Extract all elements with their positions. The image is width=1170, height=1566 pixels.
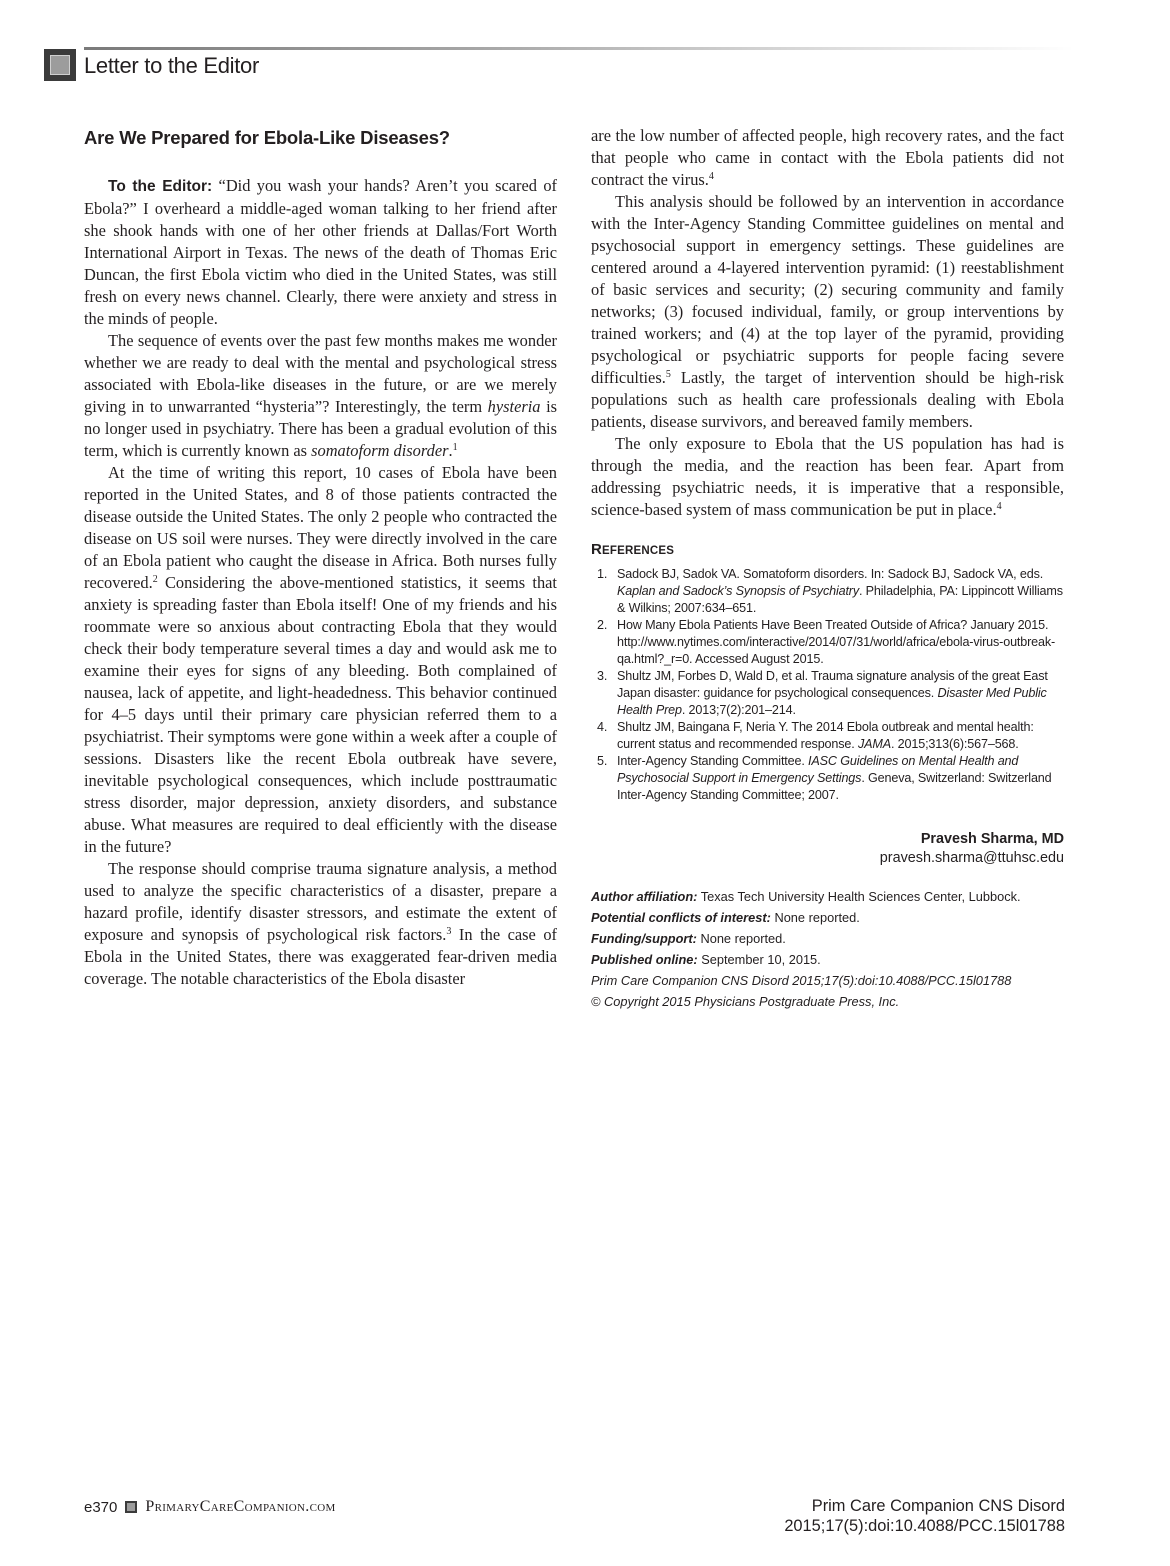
reference-item: 2.How Many Ebola Patients Have Been Trea… (591, 617, 1064, 668)
left-column: Are We Prepared for Ebola-Like Diseases?… (84, 125, 557, 990)
funding: Funding/support: None reported. (591, 928, 1064, 949)
journal-doi: 2015;17(5):doi:10.4088/PCC.15l01788 (784, 1516, 1065, 1536)
header-rule (84, 47, 1074, 50)
paragraph-3: At the time of writing this report, 10 c… (84, 462, 557, 858)
paragraph-4-continued: are the low number of affected people, h… (591, 125, 1064, 191)
lead-in: To the Editor: (108, 178, 212, 195)
paragraph-5: This analysis should be followed by an i… (591, 191, 1064, 433)
article-metadata: Author affiliation: Texas Tech Universit… (591, 886, 1064, 1012)
references-list: 1.Sadock BJ, Sadok VA. Somatoform disord… (591, 566, 1064, 804)
citation-4[interactable]: 4 (709, 171, 714, 182)
reference-item: 1.Sadock BJ, Sadok VA. Somatoform disord… (591, 566, 1064, 617)
paragraph-4: The response should comprise trauma sign… (84, 858, 557, 990)
references-heading: REFERENCES (591, 541, 1064, 558)
right-column: are the low number of affected people, h… (591, 125, 1064, 1012)
conflicts: Potential conflicts of interest: None re… (591, 907, 1064, 928)
footer-left: e370 PrimaryCareCompanion.com (84, 1498, 336, 1516)
article-body-right: are the low number of affected people, h… (591, 125, 1064, 521)
author-signature: Pravesh Sharma, MD pravesh.sharma@ttuhsc… (591, 830, 1064, 868)
article-body-left: To the Editor: “Did you wash your hands?… (84, 175, 557, 990)
journal-name: Prim Care Companion CNS Disord (784, 1496, 1065, 1516)
reference-item: 4.Shultz JM, Baingana F, Neria Y. The 20… (591, 719, 1064, 753)
affiliation: Author affiliation: Texas Tech Universit… (591, 886, 1064, 907)
paragraph-2: The sequence of events over the past few… (84, 330, 557, 462)
section-label: Letter to the Editor (84, 53, 259, 79)
site-link[interactable]: PrimaryCareCompanion.com (145, 1498, 335, 1516)
citation-4b[interactable]: 4 (997, 501, 1002, 512)
reference-link[interactable]: How Many Ebola Patients Have Been Treate… (617, 618, 1055, 666)
copyright: © Copyright 2015 Physicians Postgraduate… (591, 991, 1064, 1012)
article-title: Are We Prepared for Ebola-Like Diseases? (84, 127, 557, 149)
paragraph-1: To the Editor: “Did you wash your hands?… (84, 175, 557, 330)
author-email[interactable]: pravesh.sharma@ttuhsc.edu (591, 849, 1064, 868)
section-marker-icon (44, 49, 76, 81)
footer-journal: Prim Care Companion CNS Disord 2015;17(5… (784, 1496, 1065, 1536)
author-name: Pravesh Sharma, MD (591, 830, 1064, 849)
page-number: e370 (84, 1499, 117, 1516)
citation-line: Prim Care Companion CNS Disord 2015;17(5… (591, 970, 1064, 991)
citation-1[interactable]: 1 (453, 442, 458, 453)
reference-item: 3.Shultz JM, Forbes D, Wald D, et al. Tr… (591, 668, 1064, 719)
footer-square-icon (125, 1501, 137, 1513)
reference-item: 5.Inter-Agency Standing Committee. IASC … (591, 753, 1064, 804)
paragraph-6: The only exposure to Ebola that the US p… (591, 433, 1064, 521)
published-online: Published online: September 10, 2015. (591, 949, 1064, 970)
